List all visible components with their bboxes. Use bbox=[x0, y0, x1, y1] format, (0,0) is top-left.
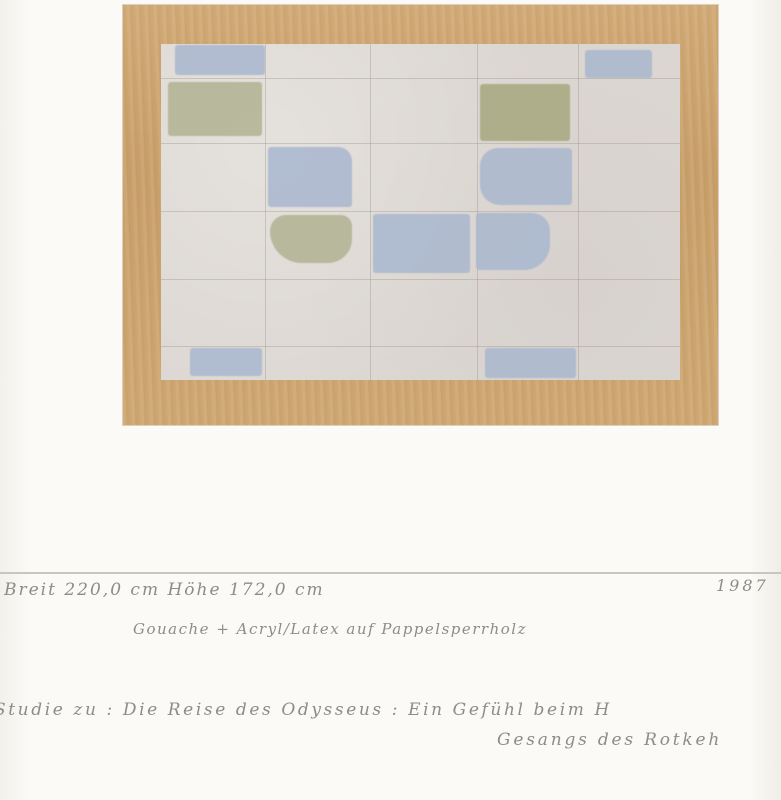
blue-patch bbox=[190, 348, 262, 376]
grid-line bbox=[578, 44, 579, 380]
blue-patch bbox=[585, 50, 652, 78]
grid-line bbox=[161, 211, 680, 212]
medium-caption: Gouache + Acryl/Latex auf Pappelsperrhol… bbox=[133, 620, 527, 638]
blue-patch bbox=[485, 348, 576, 378]
blue-patch bbox=[373, 214, 470, 273]
study-title-line2: Gesangs des Rotkeh bbox=[497, 730, 722, 750]
caption-divider bbox=[0, 572, 781, 574]
study-title-line1: Studie zu : Die Reise des Odysseus : Ein… bbox=[0, 700, 612, 720]
grid-line bbox=[161, 346, 680, 347]
dimensions-caption: Breit 220,0 cm Höhe 172,0 cm bbox=[4, 580, 325, 600]
grid-line bbox=[477, 44, 478, 380]
grid-line bbox=[370, 44, 371, 380]
grid-line bbox=[265, 44, 266, 380]
grid-line bbox=[161, 143, 680, 144]
green-patch bbox=[168, 82, 262, 136]
artwork-photo bbox=[123, 5, 718, 425]
grid-line bbox=[161, 78, 680, 79]
blue-patch bbox=[175, 45, 265, 75]
grid-line bbox=[161, 279, 680, 280]
year-caption: 1987 bbox=[716, 576, 769, 595]
green-patch bbox=[270, 215, 352, 263]
painted-ground bbox=[161, 44, 680, 380]
green-patch bbox=[480, 84, 570, 141]
blue-patch bbox=[476, 213, 550, 270]
blue-patch bbox=[480, 148, 572, 205]
blue-patch bbox=[268, 147, 352, 207]
